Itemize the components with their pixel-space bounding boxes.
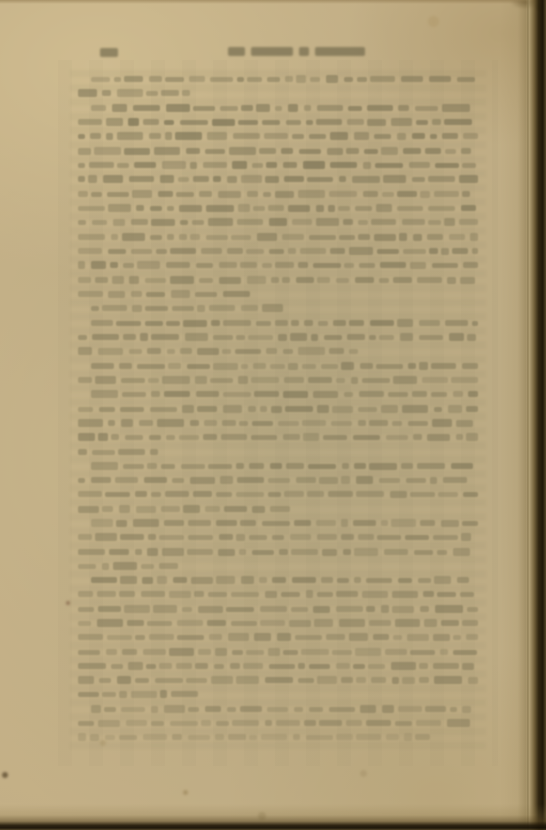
text-line [78,619,478,629]
text-line [78,433,478,443]
stain-speck [536,3,544,11]
text-line [78,733,430,743]
text-line [78,175,478,185]
text-line [78,276,478,286]
text-line [78,633,478,643]
text-line [78,132,478,142]
stain-speck [100,740,106,746]
stain-speck [258,812,266,820]
text-line [78,719,478,729]
text-line [78,490,478,500]
text-line [78,218,478,228]
text-line [78,505,298,515]
text-line [91,576,478,586]
text-line [91,705,478,715]
text-line [78,448,158,458]
text-line [91,462,478,472]
text-line [78,147,478,157]
text-line [91,519,478,529]
stain-speck [2,772,8,778]
text-line [78,333,478,343]
text-line [78,405,478,415]
text-line [78,347,358,357]
text-line [78,118,478,128]
bottom-left-corner-highlight [0,790,90,830]
text-line [91,75,478,85]
text-line [78,161,478,171]
text-line [78,419,478,429]
text-line [78,204,478,214]
stain-speck [428,16,439,27]
book-page-scan [0,0,546,830]
text-line [78,233,478,243]
text-line [78,648,478,658]
stain-speck [183,790,188,795]
text-line [78,533,478,543]
text-line [78,190,478,200]
text-line [78,261,478,271]
text-line [78,690,206,700]
text-line [78,290,258,300]
right-page-edge-line [527,0,529,830]
text-line [78,476,478,486]
bottom-page-edge-shadow [0,804,546,830]
text-line [78,590,478,600]
stain-speck [66,601,70,605]
top-right-corner-shadow [506,0,540,14]
top-page-edge-shadow [0,0,546,4]
text-line [78,548,478,558]
text-line [91,390,478,400]
text-line [78,676,478,686]
text-line [78,89,190,99]
text-line [91,319,478,329]
text-line [78,247,478,257]
text-line [78,562,178,572]
text-line [78,376,478,386]
text-line [91,362,478,372]
running-title-faded [228,47,371,56]
page-number-faded [100,48,118,57]
text-line [78,662,478,672]
text-line [91,304,285,314]
right-page-edge-shadow [500,0,546,830]
text-line [78,605,478,615]
text-line [91,104,478,114]
stain-speck [360,770,367,777]
